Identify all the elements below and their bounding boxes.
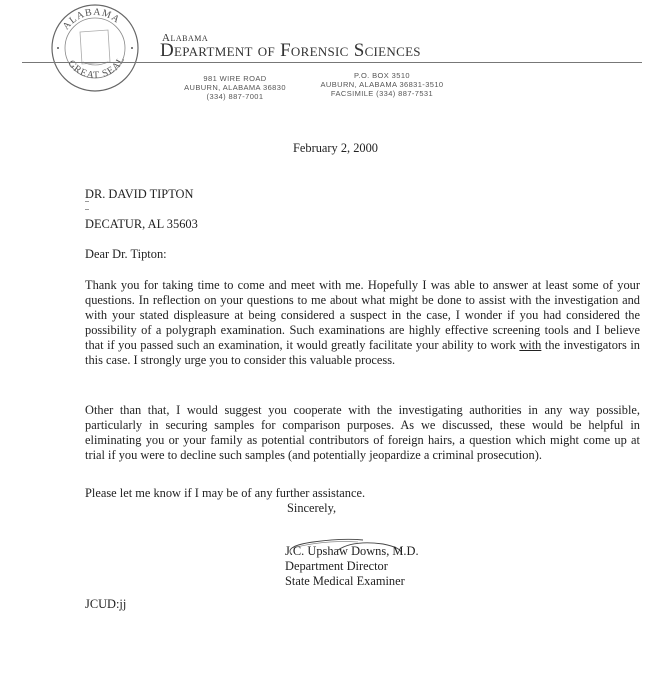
letterhead-rule	[22, 62, 642, 63]
svg-text:ALABAMA: ALABAMA	[61, 7, 122, 32]
paragraph-2: Other than that, I would suggest you coo…	[85, 403, 640, 463]
address-left: 981 WIRE ROAD AUBURN, ALABAMA 36830 (334…	[180, 74, 290, 101]
signer-name: J.C. Upshaw Downs, M.D.	[285, 544, 419, 559]
closing: Sincerely,	[287, 501, 336, 516]
redaction-mark	[85, 201, 89, 202]
address-right-line: FACSIMILE (334) 887-7531	[312, 89, 452, 98]
address-right: P.O. BOX 3510 AUBURN, ALABAMA 36831-3510…	[312, 71, 452, 98]
paragraph-1: Thank you for taking time to come and me…	[85, 278, 640, 368]
signer-title: State Medical Examiner	[285, 574, 405, 589]
recipient-name: DR. DAVID TIPTON	[85, 187, 193, 202]
alabama-great-seal-icon: ALABAMA GREAT SEAL	[50, 2, 140, 94]
address-right-line: P.O. BOX 3510	[312, 71, 452, 80]
address-left-line: AUBURN, ALABAMA 36830	[180, 83, 290, 92]
svg-text:GREAT SEAL: GREAT SEAL	[65, 54, 127, 81]
address-right-line: AUBURN, ALABAMA 36831-3510	[312, 80, 452, 89]
underlined-word: with	[519, 338, 541, 352]
typist-initials: JCUD:jj	[85, 597, 126, 612]
letter-date: February 2, 2000	[293, 141, 378, 156]
letterhead-department: Department of Forensic Sciences	[160, 40, 421, 62]
signer-title: Department Director	[285, 559, 388, 574]
address-left-line: 981 WIRE ROAD	[180, 74, 290, 83]
redaction-mark	[85, 209, 89, 210]
paragraph-3: Please let me know if I may be of any fu…	[85, 486, 640, 501]
recipient-city: DECATUR, AL 35603	[85, 217, 198, 232]
salutation: Dear Dr. Tipton:	[85, 247, 167, 262]
address-left-line: (334) 887-7001	[180, 92, 290, 101]
